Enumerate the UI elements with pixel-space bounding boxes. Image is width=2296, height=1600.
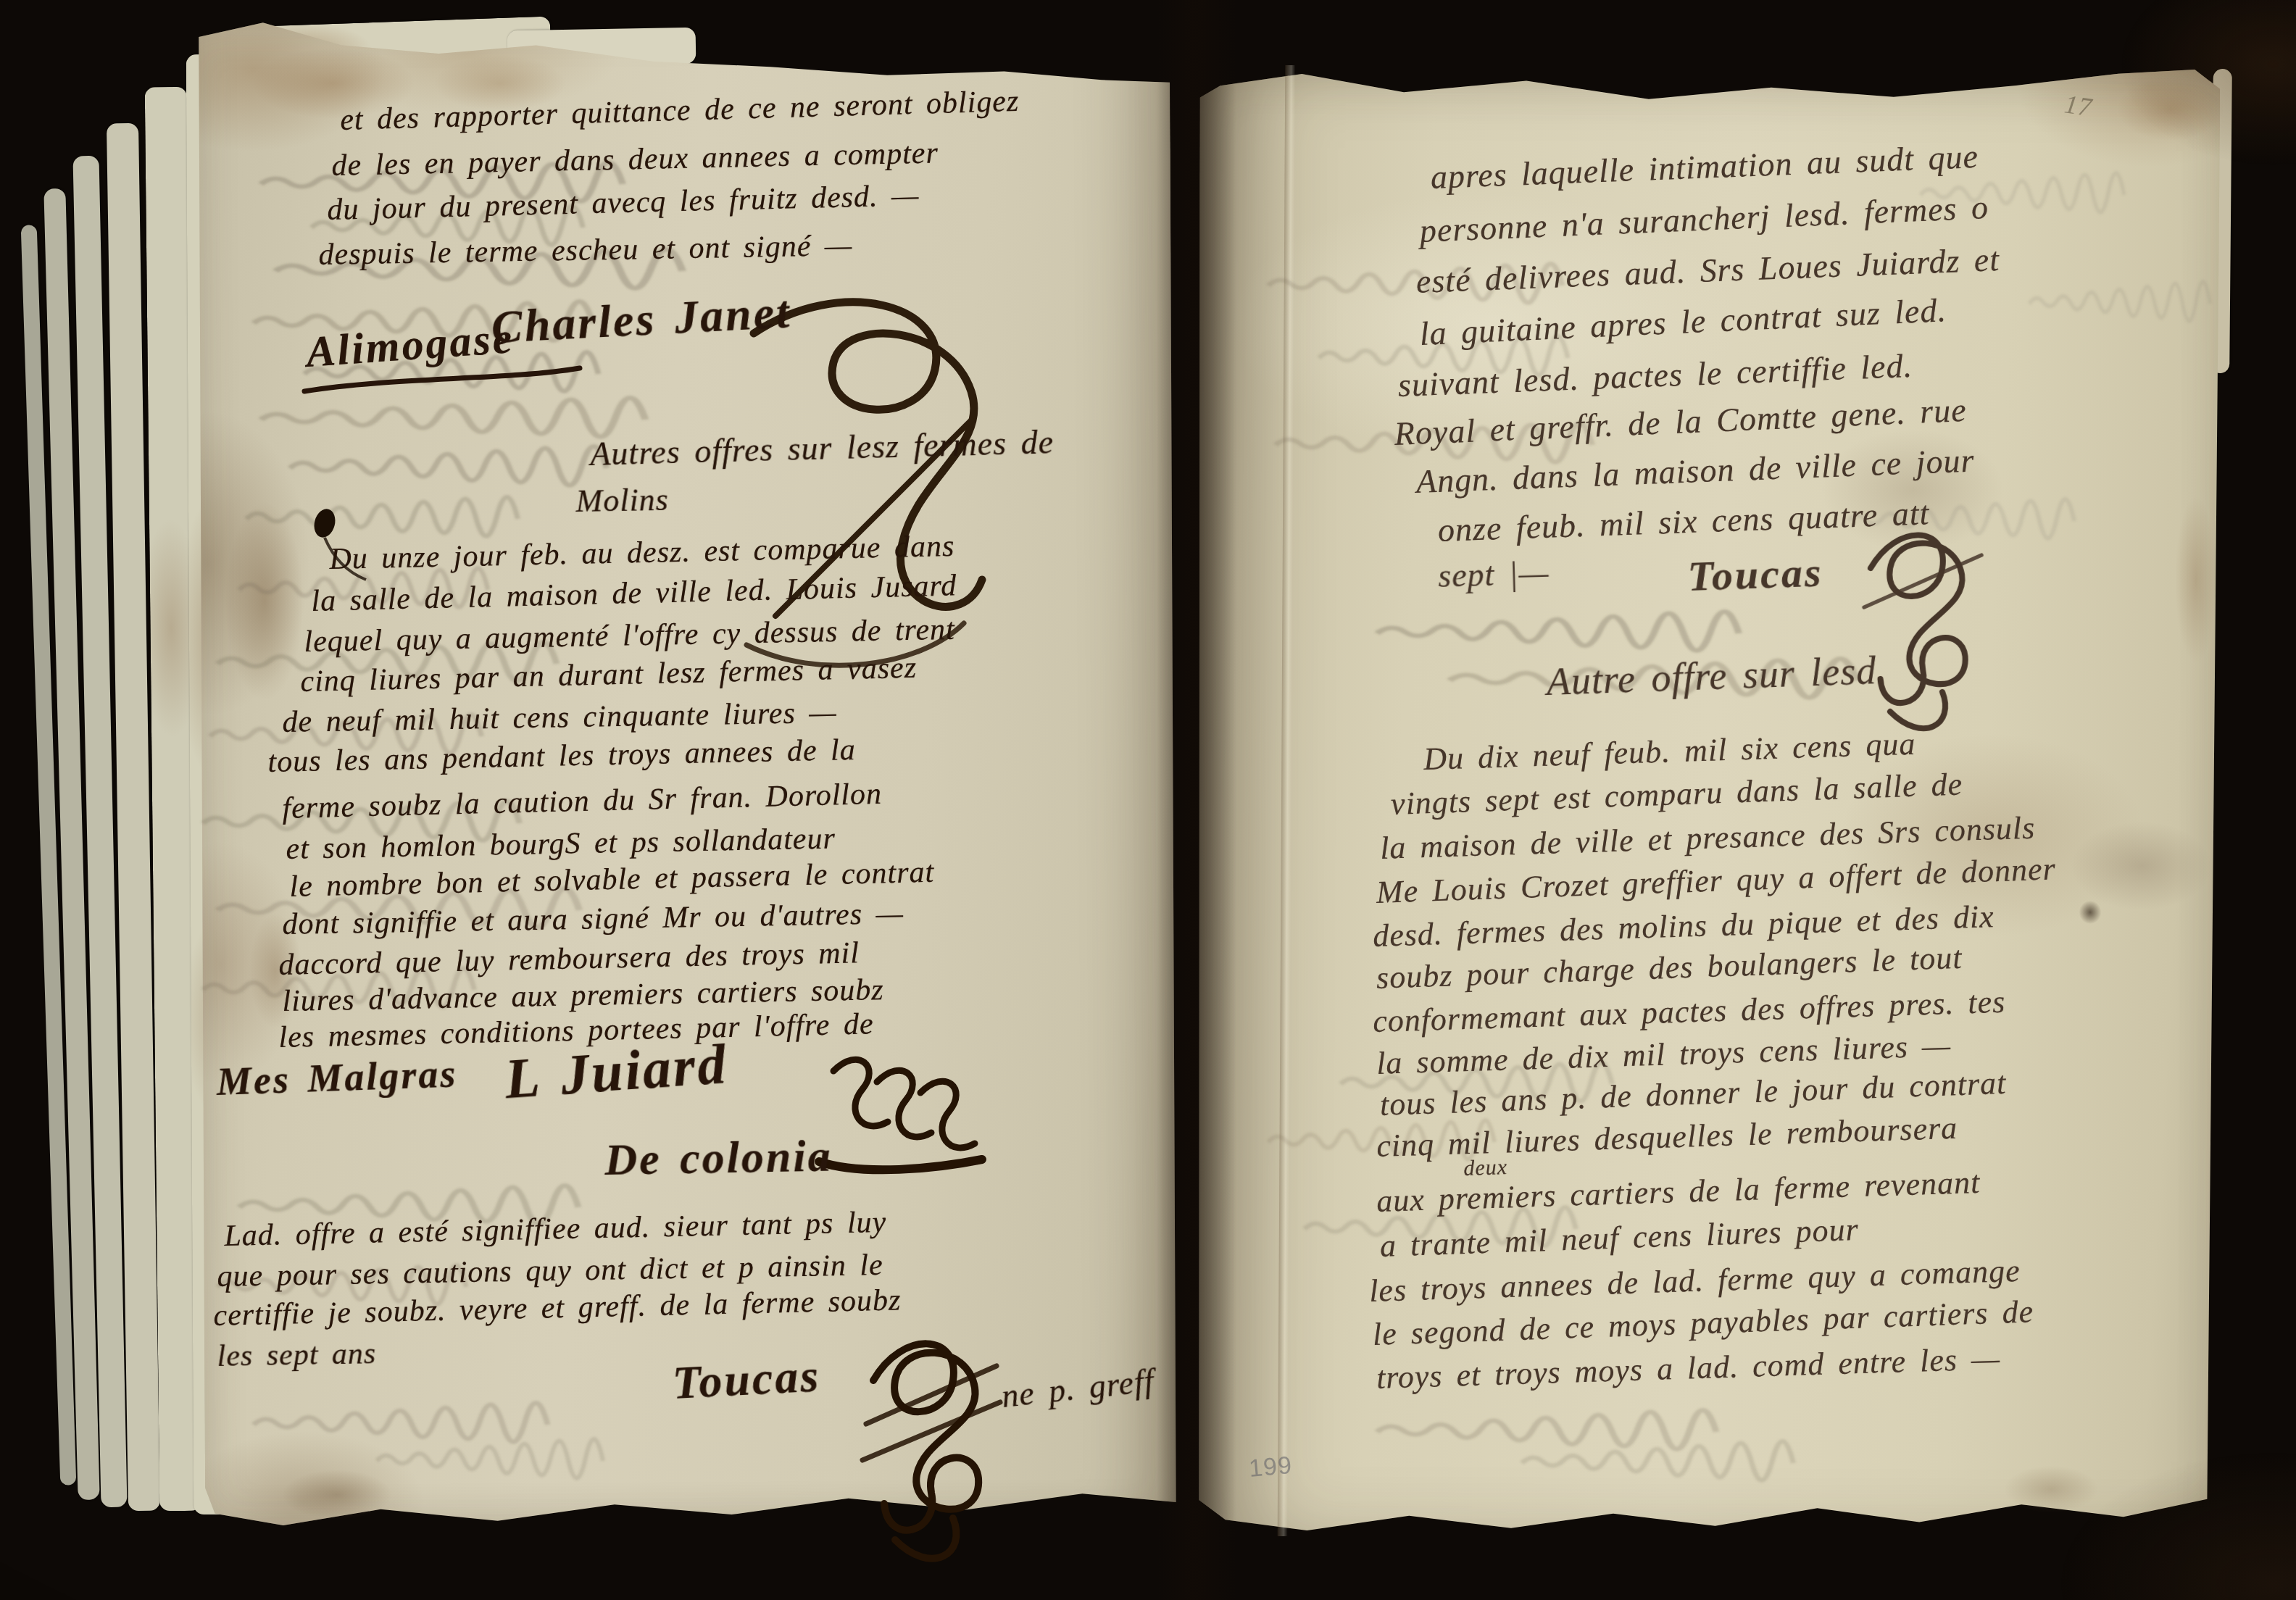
manuscript-line: apres laquelle intimation au sudt que: [1430, 137, 1979, 196]
manuscript-line: soubz pour charge des boulangers le tout: [1376, 939, 1963, 996]
manuscript-line: du jour du present avecq les fruitz desd…: [327, 178, 920, 228]
manuscript-line: personne n'a surancherj lesd. fermes o: [1419, 188, 1989, 250]
stain: [217, 33, 449, 134]
signature-juiard: L Juiard: [503, 1031, 730, 1112]
stain: [1986, 1457, 2116, 1522]
stain: [261, 1460, 413, 1529]
manuscript-line: liures d'advance aux premiers cartiers s…: [282, 972, 884, 1019]
manuscript-line: vingts sept est comparu dans la salle de: [1390, 765, 1963, 822]
manuscript-line: a trante mil neuf cens liures pour: [1379, 1211, 1859, 1264]
page-edge-stack-1: [21, 225, 77, 1486]
manuscript-line: ferme soubz la caution du Sr fran. Dorol…: [282, 777, 883, 826]
manuscript-line: aux premiers cartiers de la ferme revena…: [1376, 1164, 1981, 1220]
manuscript-line: tous les ans pendant les troys annees de…: [267, 733, 856, 780]
manuscript-photo: { "manuscript": { "left_page": { "para1_…: [0, 0, 2296, 1600]
inserted-word: deux: [1463, 1155, 1508, 1181]
protruding-sheet-top-1: [238, 17, 552, 78]
photo-vignette: [0, 0, 2296, 1600]
manuscript-line: Du dix neuf feub. mil six cens qua: [1423, 725, 1916, 778]
signature-charles-janet: Charles Janet: [490, 285, 792, 354]
manuscript-line: et son homlon bourgS et ps sollandateur: [286, 821, 836, 867]
manuscript-line: Royal et greffr. de la Comtte gene. rue: [1394, 391, 1968, 453]
ink-overlay: [0, 0, 2296, 1600]
manuscript-line: troys et troys moys a lad. comd entre le…: [1376, 1340, 2000, 1396]
right-page: [1194, 53, 2220, 1557]
ink-spot: [2074, 896, 2106, 929]
section-header: Autre offre sur lesd.: [1546, 648, 1888, 704]
manuscript-line: de les en payer dans deux annees a compt…: [331, 136, 939, 183]
manuscript-line: Me Louis Crozet greffier quy a offert de…: [1376, 850, 2056, 911]
manuscript-line: les mesmes conditions portees par l'offr…: [278, 1007, 874, 1055]
section-header: Molins: [575, 481, 669, 520]
manuscript-line: cinq mil liures desquelles le rembourser…: [1376, 1109, 1958, 1164]
page-edge-stack-2: [43, 188, 99, 1500]
left-page: [195, 2, 1181, 1549]
page-number: 17: [2063, 88, 2094, 122]
toucas-paraph-left: [862, 1343, 1000, 1558]
signature-note: ne p. greff: [999, 1361, 1155, 1415]
ink-blot: [311, 507, 366, 580]
page-edge-stack-3: [72, 156, 127, 1507]
manuscript-line: les troys annees de lad. ferme quy a com…: [1368, 1252, 2021, 1309]
subheader-de-colonia: De colonia: [604, 1131, 833, 1186]
protruding-sheet-top-2: [507, 28, 696, 67]
manuscript-line: sept |—: [1438, 554, 1550, 595]
manuscript-line: le nombre bon et solvable et passera le …: [289, 855, 935, 904]
stain: [210, 464, 319, 739]
juiard-flourish: [819, 1059, 982, 1170]
manuscript-line: que pour ses cautions quy ont dict et p …: [217, 1248, 883, 1294]
protruding-sheet-right: [2210, 69, 2232, 373]
signature-toucas-left: Toucas: [671, 1349, 822, 1410]
manuscript-line: Du unze jour feb. au desz. est comparue …: [329, 529, 955, 577]
stain: [406, 43, 594, 123]
manuscript-line: dont signiffie et aura signé Mr ou d'aut…: [282, 896, 904, 942]
stain: [2044, 804, 2239, 928]
manuscript-line: suivant lesd. pactes le certiffie led.: [1397, 346, 1913, 404]
manuscript-line: la salle de la maison de ville led. Loui…: [311, 568, 957, 619]
manuscript-line: lequel quy a augmenté l'offre cy dessus …: [304, 612, 955, 659]
fold-crease: [1278, 65, 1296, 1536]
manuscript-line: desd. fermes des molins du pique et des …: [1372, 898, 1995, 954]
manuscript-line: la maison de ville et presance des Srs c…: [1379, 809, 2036, 867]
manuscript-line: cinq liures par an durant lesz fermes a …: [300, 651, 918, 699]
stain: [2167, 464, 2225, 696]
manuscript-line: Lad. offre a esté signiffiee aud. sieur …: [224, 1205, 887, 1254]
manuscript-line: onze feub. mil six cens quatre att: [1437, 493, 1930, 549]
manuscript-line: despuis le terme escheu et ont signé —: [318, 228, 852, 272]
signature-toucas-right: Toucas: [1687, 548, 1824, 601]
manuscript-line: esté delivrees aud. Srs Loues Juiardz et: [1415, 240, 2000, 301]
manuscript-line: la somme de dix mil troys cens liures —: [1376, 1027, 1951, 1082]
manuscript-line: la guitaine apres le contrat suz led.: [1419, 291, 1947, 353]
manuscript-line: daccord que luy remboursera des troys mi…: [278, 936, 860, 983]
alimogase-pen-stroke: [304, 368, 580, 391]
manuscript-line: certiffie je soubz. veyre et greff. de l…: [213, 1283, 902, 1333]
manuscript-line: conformemant aux pactes des offres pres.…: [1372, 983, 2006, 1040]
manuscript-line: les sept ans: [217, 1336, 376, 1374]
manuscript-line: et des rapporter quittance de ce ne sero…: [340, 84, 1020, 138]
page-edge-stack-4: [107, 123, 160, 1511]
stain: [2095, 64, 2247, 154]
manuscript-line: tous les ans p. de donner le jour du con…: [1379, 1064, 2007, 1123]
page-edge-stack-6: [186, 54, 245, 1514]
toucas-paraph-right: [1864, 535, 1981, 728]
charles-janet-flourish: [746, 302, 982, 665]
gutter-shadow: [1157, 0, 1236, 1600]
section-header: Autres offres sur lesz fermes de: [590, 422, 1055, 473]
manuscript-line: le segond de ce moys payables par cartie…: [1372, 1293, 2034, 1353]
page-edge-stack-5: [145, 87, 202, 1511]
signature-alimogase: Alimogase: [304, 313, 515, 378]
manuscript-line: Angn. dans la maison de ville ce jour: [1415, 441, 1975, 501]
signature-malgras: Mes Malgras: [216, 1051, 459, 1104]
stain: [239, 891, 312, 1051]
manuscript-line: de neuf mil huit cens cinquante liures —: [282, 696, 837, 740]
